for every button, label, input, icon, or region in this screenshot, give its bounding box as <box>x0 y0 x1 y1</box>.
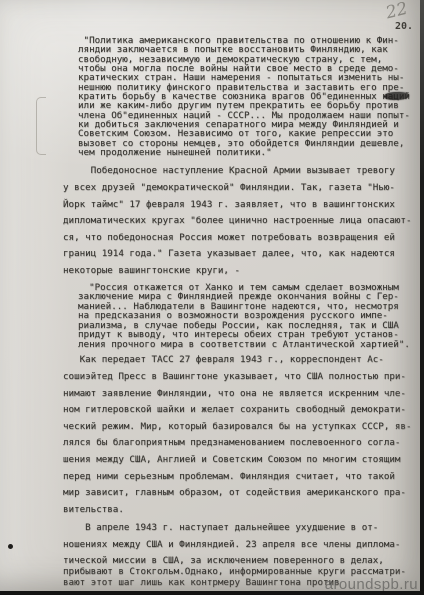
handwritten-page-number: 22 <box>384 0 410 23</box>
scan-edge-bottom <box>0 591 424 595</box>
paragraph-tass-report: Как передает ТАСС 27 февраля 1943 г., ко… <box>63 352 420 518</box>
paper-speck-mark <box>8 544 13 549</box>
quoted-paragraph-us-policy: "Политика американского правительства по… <box>78 36 420 157</box>
paragraph-april-1943: В апреле 1943 г. наступает дальнейшее ух… <box>63 520 420 553</box>
margin-pencil-bracket-mark <box>36 97 46 155</box>
quoted-paragraph-russia-hanko: "Россия откажется от Ханко и тем самым с… <box>78 283 420 350</box>
scan-edge-right <box>420 0 424 595</box>
paragraph-red-army-offensive: Победоносное наступление Красной Армии в… <box>63 163 420 279</box>
document-text-column: "Политика американского правительства по… <box>63 36 420 588</box>
scanned-document-page: 22 20. "Политика американского правитель… <box>0 0 424 595</box>
typed-page-number: 20. <box>395 21 413 32</box>
